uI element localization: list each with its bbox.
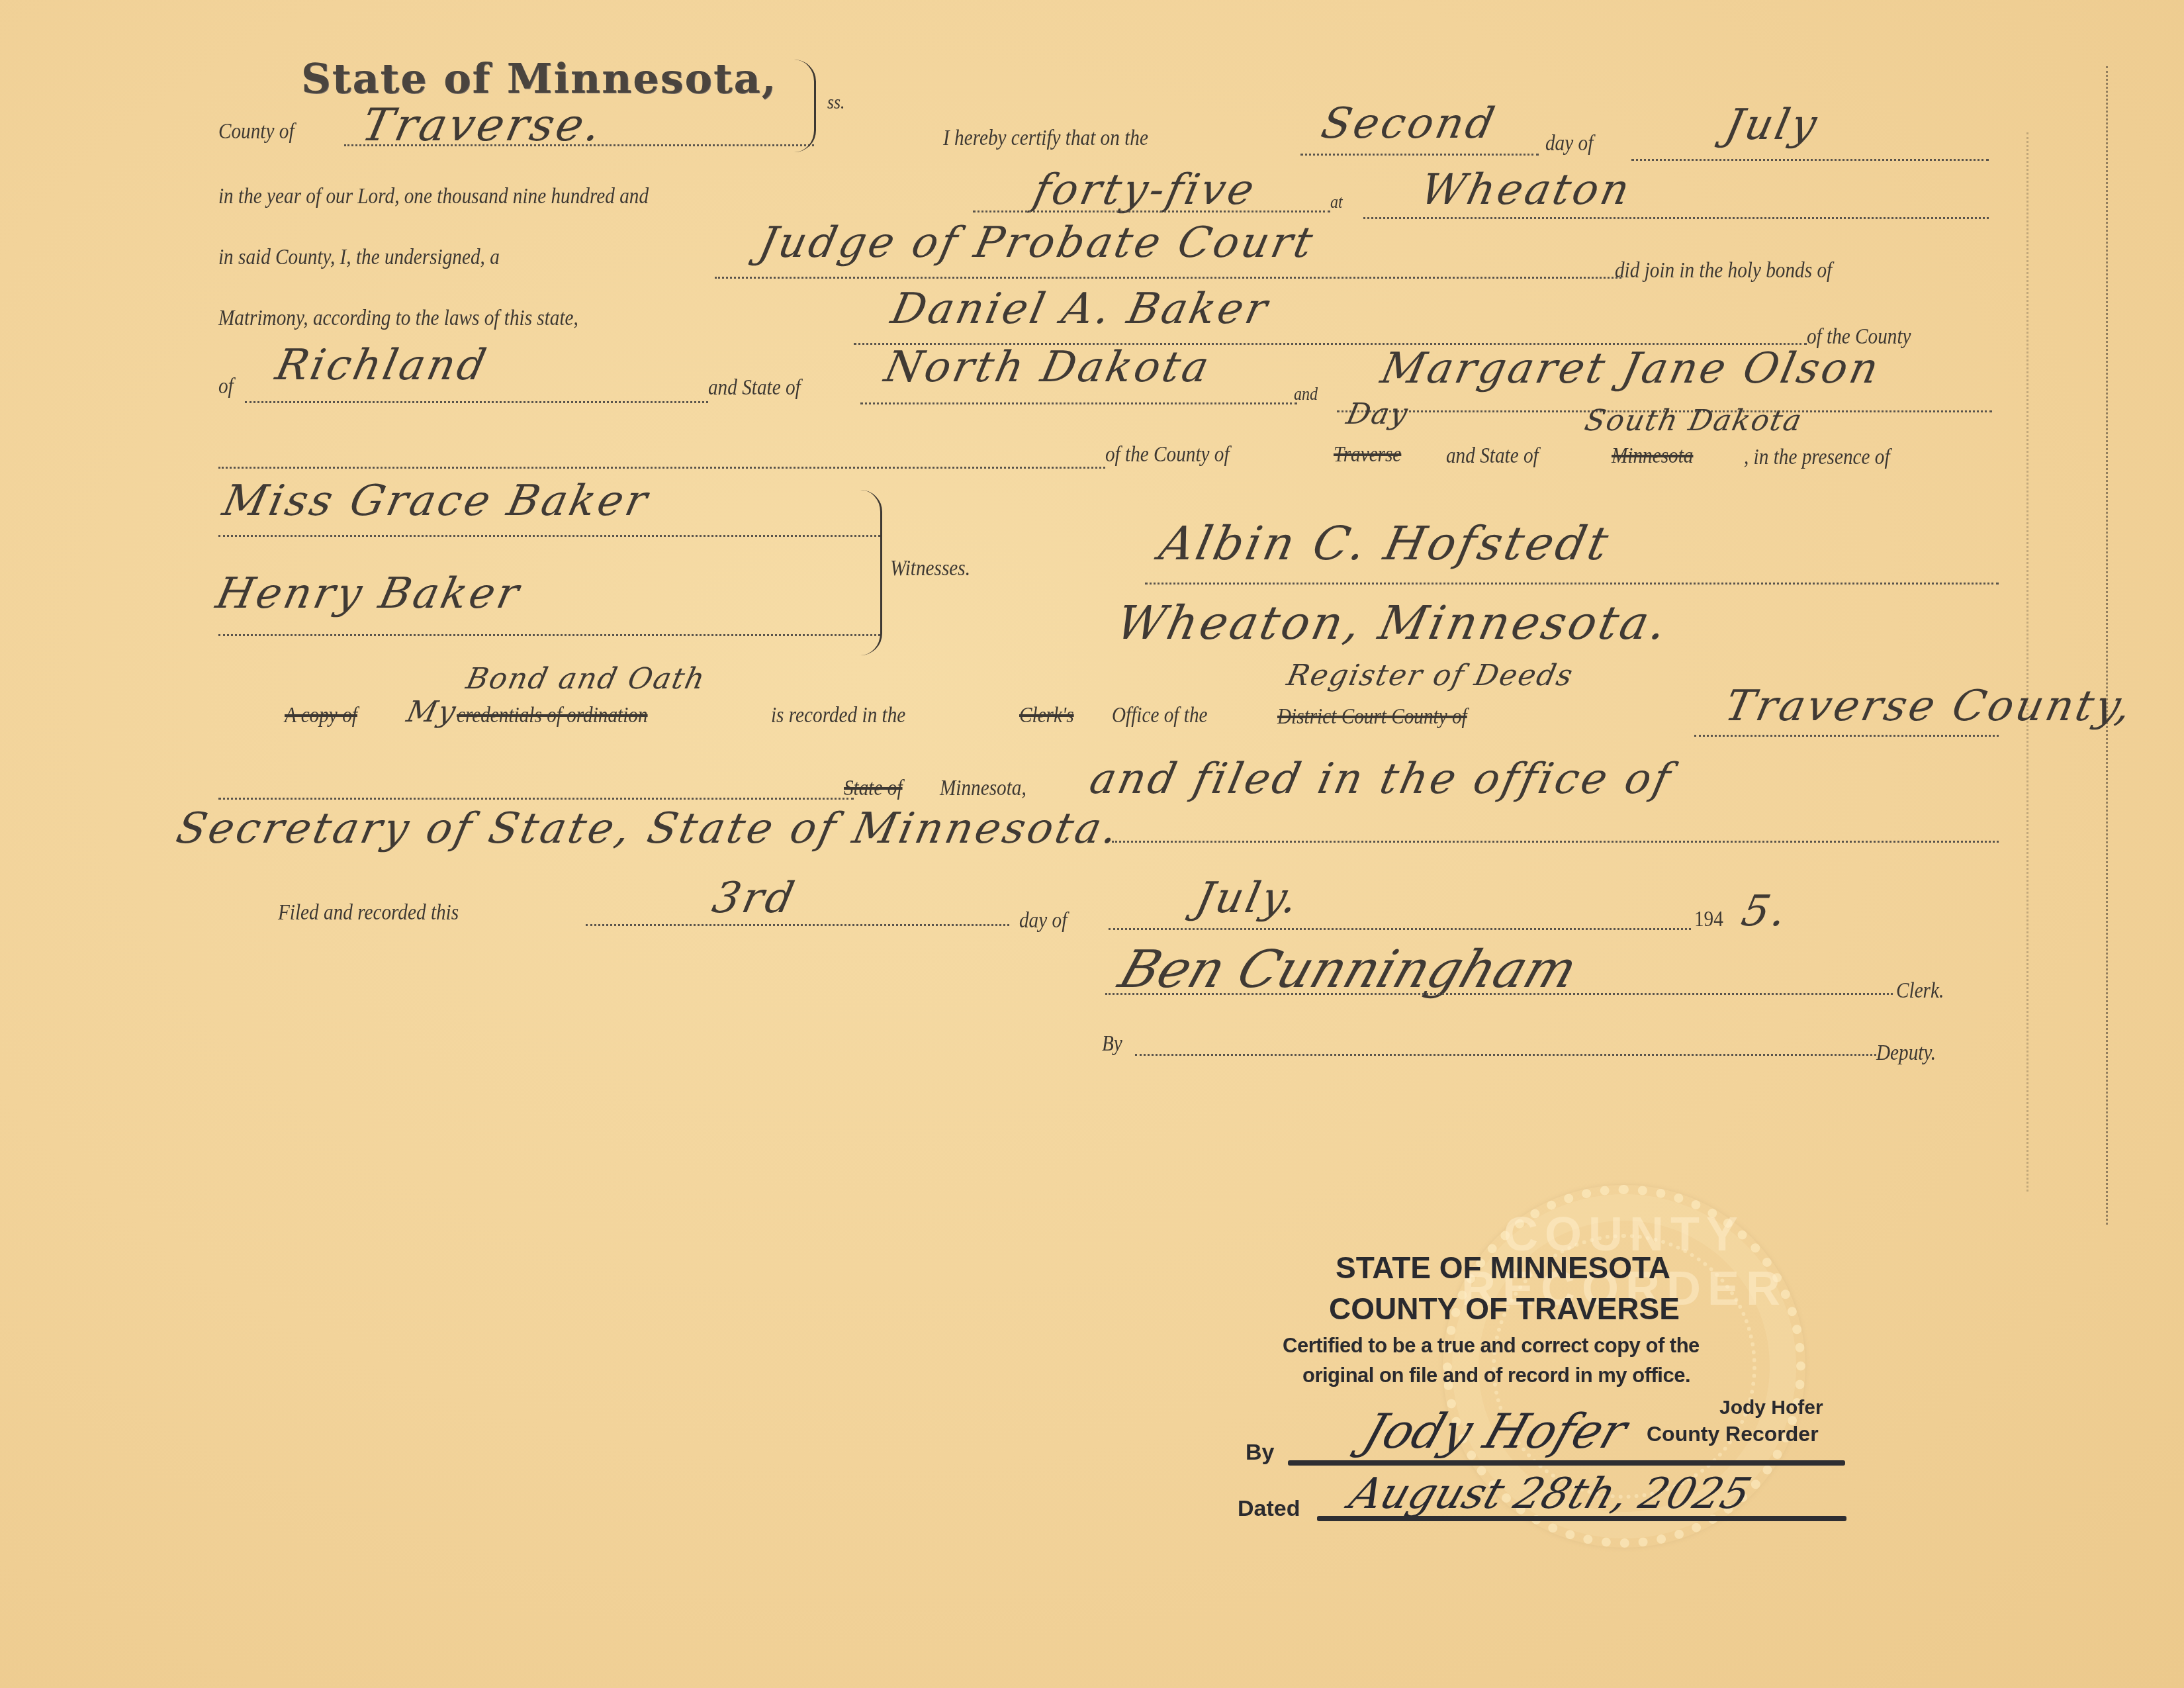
groom-name-value: Daniel A. Baker (887, 285, 1274, 334)
officiant-dotted-line (715, 277, 1621, 279)
stamp-dated-label: Dated (1238, 1496, 1300, 1522)
filed-day-of-text: day of (1019, 908, 1067, 933)
document-title: State of Minnesota, (301, 54, 777, 103)
day-value: Second (1317, 99, 1501, 148)
filed-month-dotted-line (1109, 928, 1691, 930)
filed-day-dotted-line (586, 924, 1009, 926)
place-dotted-line (1363, 217, 1989, 219)
dated-value: August 28th, 2025 (1343, 1470, 1757, 1519)
witness-1-name: Miss Grace Baker (218, 477, 654, 526)
struck-county: Traverse (1334, 442, 1401, 467)
ss-brace (794, 60, 816, 152)
recorder-signature: Jody Hofer (1357, 1403, 1634, 1459)
county-dotted-line (344, 144, 814, 146)
stamp-certified-line2: original on file and of record in my off… (1302, 1364, 1690, 1387)
of-the-county-of-text: of the County of (1105, 442, 1230, 467)
place-value: Wheaton (1416, 165, 1636, 214)
county-label: County of (218, 119, 295, 144)
holy-bonds-text: did join in the holy bonds of (1615, 258, 1832, 283)
certify-text: I hereby certify that on the (943, 126, 1148, 151)
my-text: My (404, 695, 460, 729)
recorder-name: Jody Hofer (1719, 1397, 1823, 1419)
struck-office: District Court County of (1277, 704, 1467, 729)
bride-county-value: Day (1343, 397, 1412, 431)
witnesses-label: Witnesses. (890, 556, 970, 581)
recording-county-dotted-line (1694, 735, 1999, 737)
recording-county-value: Traverse County, (1721, 682, 2138, 731)
clerk-dotted-line (1105, 993, 1893, 995)
groom-state-value: North Dakota (880, 343, 1216, 392)
bride-dotted-line-2 (218, 467, 1105, 469)
is-recorded-text: is recorded in the (771, 703, 905, 728)
filed-year-suffix: 5. (1737, 887, 1794, 936)
stamp-dated-line (1317, 1516, 1846, 1521)
stamp-by-label: By (1246, 1440, 1274, 1466)
officiant-location: Wheaton, Minnesota. (1112, 596, 1674, 650)
filed-month-value: July. (1191, 874, 1304, 923)
filed-year-prefix: 194 (1694, 907, 1723, 932)
struck-state-of: State of (844, 776, 903, 801)
witness-2-name: Henry Baker (212, 569, 525, 618)
stamp-certified-line1: Certified to be a true and correct copy … (1283, 1334, 1700, 1358)
witnesses-brace (860, 490, 882, 655)
filed-continuation: and filed in the office of (1085, 755, 1677, 804)
year-value: forty-five (1029, 165, 1261, 214)
state-minnesota-text: Minnesota, (940, 776, 1026, 801)
groom-county-value: Richland (271, 341, 492, 390)
deputy-label: Deputy. (1876, 1041, 1936, 1066)
witness-1-dotted-line (218, 535, 880, 537)
year-text: in the year of our Lord, one thousand ni… (218, 184, 649, 209)
deputy-dotted-line (1135, 1054, 1876, 1056)
struck-a-copy-of: A copy of (285, 703, 357, 728)
recorder-title: County Recorder (1647, 1422, 1819, 1446)
stamp-county: COUNTY OF TRAVERSE (1329, 1291, 1680, 1327)
clerk-signature: Ben Cunningham (1112, 940, 1584, 1000)
month-value: July (1721, 101, 1823, 150)
scan-edge-line (2026, 132, 2028, 1192)
filed-day-value: 3rd (708, 874, 801, 923)
matrimony-text: Matrimony, according to the laws of this… (218, 306, 578, 331)
of-text: of (218, 374, 234, 399)
struck-clerks: Clerk's (1019, 703, 1074, 728)
filed-recorded-label: Filed and recorded this (278, 900, 459, 925)
bride-name-value: Margaret Jane Olson (1377, 344, 1885, 393)
at-text: at (1330, 192, 1343, 213)
and-state-of-text-2: and State of (1446, 444, 1539, 469)
officiant-signature: Albin C. Hofstedt (1155, 516, 1615, 571)
deputy-by-label: By (1102, 1031, 1122, 1056)
bride-state-value: South Dakota (1582, 404, 1805, 438)
day-dotted-line (1300, 154, 1539, 156)
month-dotted-line (1631, 159, 1989, 161)
ss-label: ss. (827, 91, 845, 114)
stamp-by-line (1288, 1460, 1845, 1466)
stamp-state: STATE OF MINNESOTA (1336, 1250, 1670, 1286)
struck-state: Minnesota (1612, 444, 1693, 469)
scan-edge-line-2 (2106, 66, 2108, 1225)
struck-credentials: credentials of ordination (457, 703, 648, 728)
officiant-signature-dotted-line (1145, 583, 1999, 585)
groom-county-dotted-line (245, 401, 708, 403)
state-dotted-line (218, 798, 854, 800)
day-of-text: day of (1545, 131, 1593, 156)
office-of-the-text: Office of the (1112, 703, 1208, 728)
clerk-label: Clerk. (1896, 978, 1944, 1004)
groom-state-dotted-line (860, 402, 1297, 404)
presence-of-text: , in the presence of (1744, 445, 1890, 470)
officiant-title-value: Judge of Probate Court (754, 218, 1320, 267)
secretary-of-state-line: Secretary of State, State of Minnesota. (172, 804, 1124, 853)
secretary-dotted-line (1112, 841, 1999, 843)
inserted-bond-and-oath: Bond and Oath (463, 662, 709, 696)
year-dotted-line (973, 211, 1330, 212)
witness-2-dotted-line (218, 634, 880, 636)
inserted-register-of-deeds: Register of Deeds (1284, 659, 1576, 692)
undersigned-text: in said County, I, the undersigned, a (218, 245, 500, 270)
and-text: and (1294, 384, 1318, 405)
and-state-of-text: and State of (708, 375, 801, 400)
